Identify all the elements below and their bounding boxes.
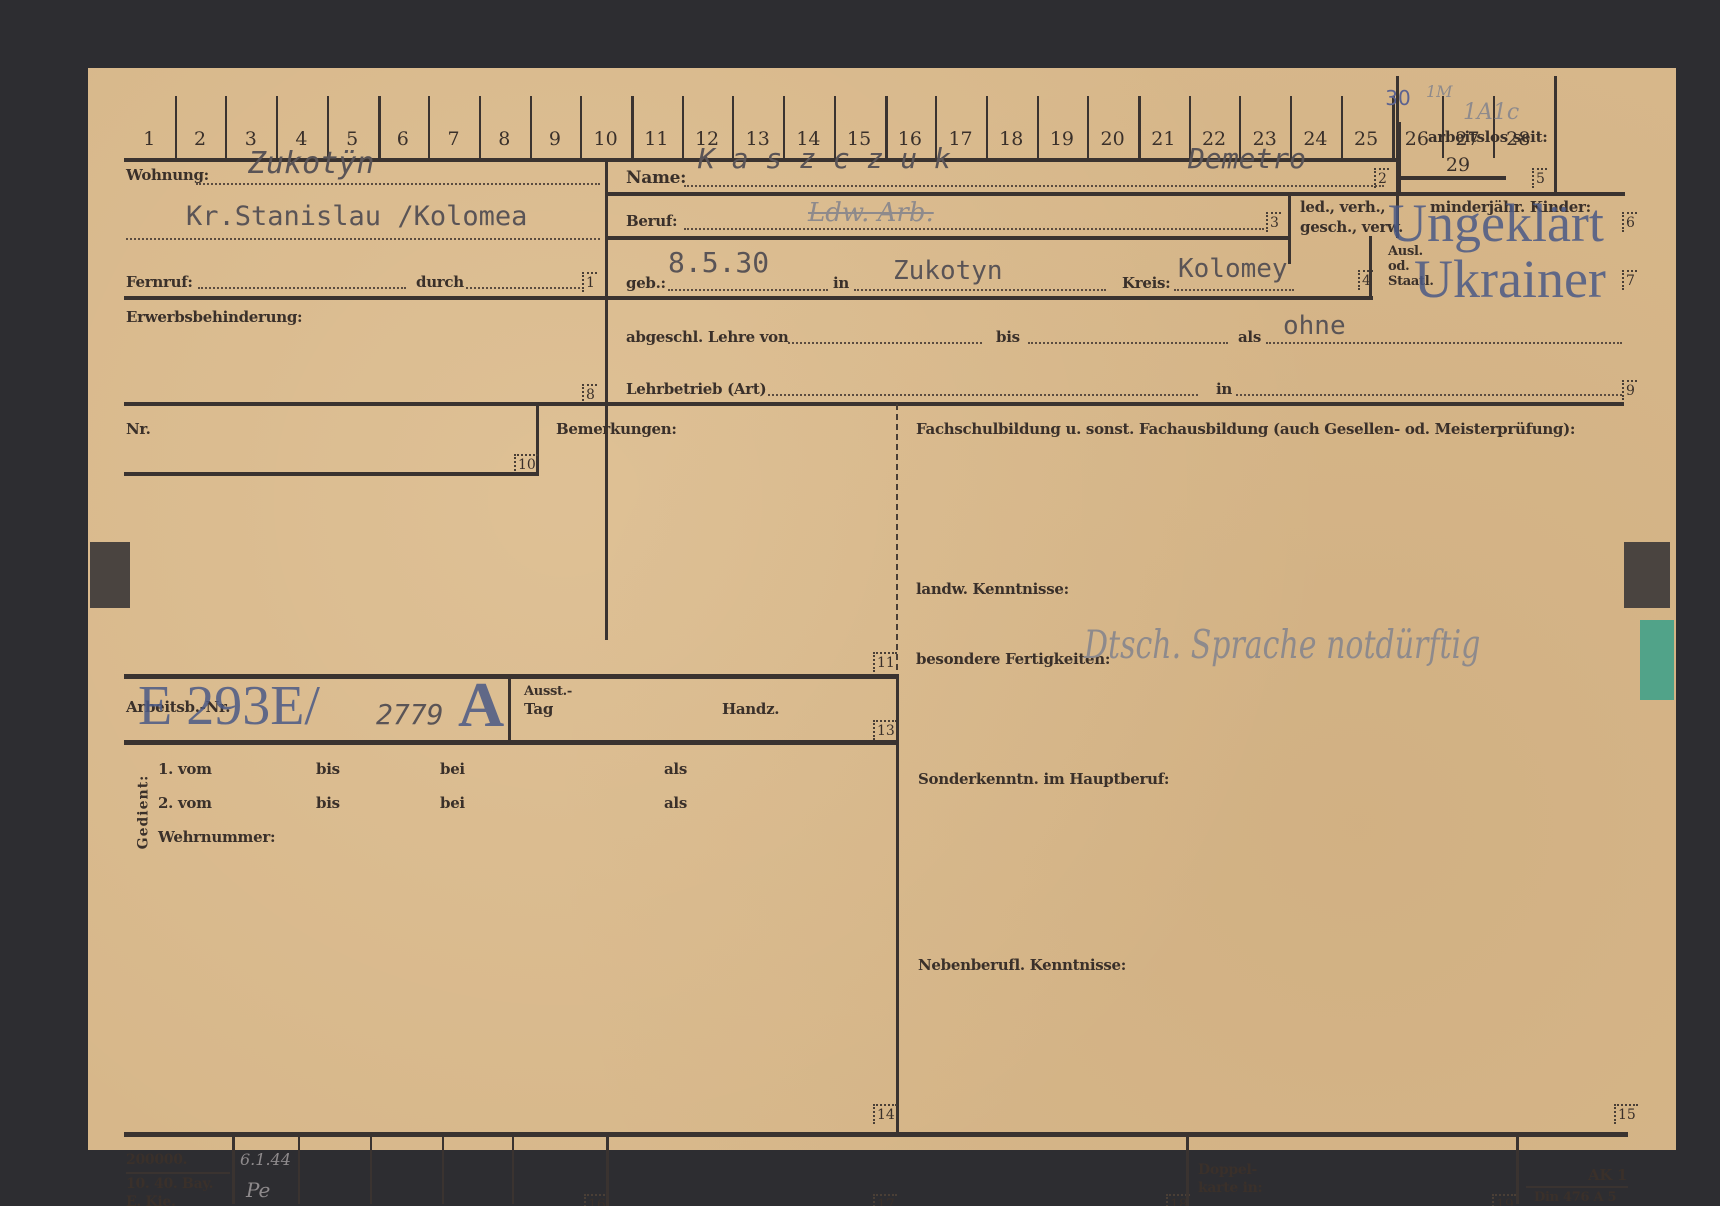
geb-value[interactable]: 8.5.30 [668,246,769,279]
nebenberuf-label: Nebenberufl. Kenntnisse: [918,956,1126,974]
field-box-13: 13 [873,720,897,740]
field-box-8: 8 [582,384,597,404]
field-box-10: 10 [514,454,538,474]
lehrbetrieb-in-line[interactable] [1236,394,1622,396]
gedient-row1-als: als [664,760,687,778]
wohnung-line-2 [126,238,600,240]
wohnung-value-1[interactable]: Zukotÿn [248,146,374,181]
pencil-initials: Pe [246,1178,270,1202]
birthplace-value[interactable]: Zukotyn [893,256,1003,286]
geb-in-label: in [833,274,849,292]
beruf-label: Beruf: [626,212,677,230]
arbeitslos-divider [1398,122,1401,196]
field-box-6: 6 [1622,212,1637,232]
gedient-row2-bei: bei [440,794,465,812]
gedient-row1-bis: bis [316,760,340,778]
column-number: 18 [986,128,1037,150]
index-card: 1234567891011121314151617181920212223242… [88,68,1676,1150]
column-29-number: 29 [1433,154,1483,176]
erwerbsbehinderung-label: Erwerbsbehinderung: [126,308,302,326]
rule-footer [124,1132,1628,1137]
col29-rule [1396,176,1506,180]
lehre-label: abgeschl. Lehre von [626,328,788,346]
green-tab-marker [1640,620,1674,700]
col29-left-divider [1554,76,1557,196]
column-number: 8 [479,128,530,150]
fernruf-label: Fernruf: [126,273,193,291]
column-number: 1 [124,128,175,150]
wehrnummer-label: Wehrnummer: [158,828,275,846]
lehre-bis-line[interactable] [1028,342,1228,344]
lehre-bis-label: bis [996,328,1020,346]
beruf-line [684,228,1264,230]
gedient-side-label: Gedient: [135,775,151,850]
rule-arbeitsbuch-bottom [124,740,898,745]
field-box-14: 14 [873,1104,897,1124]
rule-fernruf [124,296,606,300]
familienstand-line-1: led., verh., [1300,198,1385,216]
gedient-row1-vom: 1. vom [158,760,212,778]
pencil-date: 6.1.44 [240,1150,291,1169]
corner-pencil-annotation: 1A1c [1463,100,1519,125]
wohnung-line-1 [196,183,600,185]
footer-divider-e [512,1134,514,1204]
printer: E. Kie. [126,1194,176,1206]
footer-divider-f [606,1134,609,1206]
footer-divider-a [232,1134,235,1204]
firstname-value[interactable]: Demetro [1188,142,1306,175]
durch-label: durch [416,273,464,291]
stamp-ukrainer: Ukrainer [1414,252,1606,306]
rule-lehrbetrieb [124,402,1624,406]
wohnung-value-2[interactable]: Kr.Stanislau /Kolomea [186,201,527,232]
bemerkungen-label: Bemerkungen: [556,420,677,438]
doppelkarte-label-2: karte in: [1198,1180,1262,1196]
right-tab-marker [1624,542,1670,608]
lehrbetrieb-in-label: in [1216,380,1232,398]
name-label: Name: [626,168,686,188]
column-number: 6 [378,128,429,150]
field-box-5: 5 [1532,168,1547,188]
footer-divider-b [298,1134,300,1204]
field-box-3: 3 [1266,212,1281,232]
column-number: 25 [1341,128,1392,150]
kreis-value[interactable]: Kolomey [1178,254,1288,284]
lehre-als-line [1266,342,1622,344]
landw-label: landw. Kenntnisse: [916,580,1069,598]
arbeitsbuch-number[interactable]: 2779 [376,698,443,731]
kreis-line [1174,289,1294,291]
fertigkeiten-value[interactable]: Dtsch. Sprache notdürftig [1084,623,1480,669]
geb-label: geb.: [626,274,666,292]
birthplace-line [854,289,1106,291]
lower-vertical-divider [896,674,899,1134]
column-number: 21 [1138,128,1189,150]
geb-line [668,289,828,291]
field-box-11: 11 [873,652,897,672]
column-27-annotation: 1M [1426,82,1453,101]
field-box-16: 16 [584,1194,608,1206]
field-box-9: 9 [1622,380,1637,400]
footer-divider-h [1516,1134,1519,1204]
field-box-15: 15 [1614,1104,1638,1124]
rule-beruf [605,236,1289,240]
column-number: 2 [175,128,226,150]
ausst-label-2: Tag [524,700,553,718]
beruf-value[interactable]: Ldw. Arb. [808,198,934,228]
din-code: Din 476 A 5 [1534,1190,1616,1205]
field-box-17: 17 [873,1194,897,1206]
main-vertical-divider [605,160,608,640]
gedient-row2-vom: 2. vom [158,794,212,812]
durch-line[interactable] [466,287,580,289]
footer-divider-c [370,1134,372,1204]
nr-label: Nr. [126,420,151,438]
footer-divider-d [442,1134,444,1204]
lehre-als-value[interactable]: ohne [1283,311,1346,341]
form-code-rule [1526,1186,1628,1188]
column-number: 19 [1037,128,1088,150]
column-number: 10 [580,128,631,150]
arbeitsbuch-stamp-prefix: E 293E/ [138,674,320,738]
ausst-divider [508,674,511,740]
lehre-von-line[interactable] [788,342,982,344]
field-box-2: 2 [1374,168,1389,188]
sonderkenntnisse-label: Sonderkenntn. im Hauptberuf: [918,770,1169,788]
field-box-7: 7 [1622,270,1637,290]
column-number: 11 [631,128,682,150]
fertigkeiten-label: besondere Fertigkeiten: [916,650,1110,668]
staat-divider [1369,236,1372,300]
gedient-row2-als: als [664,794,687,812]
arbeitslos-label: arbeitslos seit: [1428,128,1547,146]
lehrbetrieb-label: Lehrbetrieb (Art) [626,380,766,398]
doppelkarte-label-1: Doppel- [1198,1162,1257,1178]
print-info: 10. 40. Bay. [126,1176,213,1192]
left-tab-marker [90,542,130,608]
handz-label: Handz. [722,700,779,718]
rule-nr [124,472,538,476]
field-box-19: 19 [1492,1194,1516,1206]
column-number: 20 [1087,128,1138,150]
arbeitsbuch-stamp-suffix: A [458,668,504,742]
form-code: AK 1 [1588,1166,1627,1184]
kreis-label: Kreis: [1122,274,1170,292]
gedient-row2-bis: bis [316,794,340,812]
print-run-rule [126,1172,230,1174]
wohnung-label: Wohnung: [126,166,209,184]
print-run: 200000. [126,1152,187,1168]
ausst-label-1: Ausst.- [524,684,572,699]
rule-geb [605,296,1373,300]
lehrbetrieb-line[interactable] [768,394,1198,396]
footer-divider-g [1186,1134,1189,1206]
gedient-row1-bei: bei [440,760,465,778]
field-box-1: 1 [582,272,597,292]
lehre-als-label: als [1238,328,1261,346]
fachschul-label: Fachschulbildung u. sonst. Fachausbildun… [916,420,1575,438]
stamp-ungeklaert: Ungeklärt [1388,196,1604,250]
surname-value[interactable]: K a s z c z u k [698,142,951,175]
familienstand-divider [1288,194,1291,264]
name-line [684,185,1384,187]
column-number: 9 [530,128,581,150]
column-number: 7 [428,128,479,150]
fernruf-line[interactable] [198,287,406,289]
